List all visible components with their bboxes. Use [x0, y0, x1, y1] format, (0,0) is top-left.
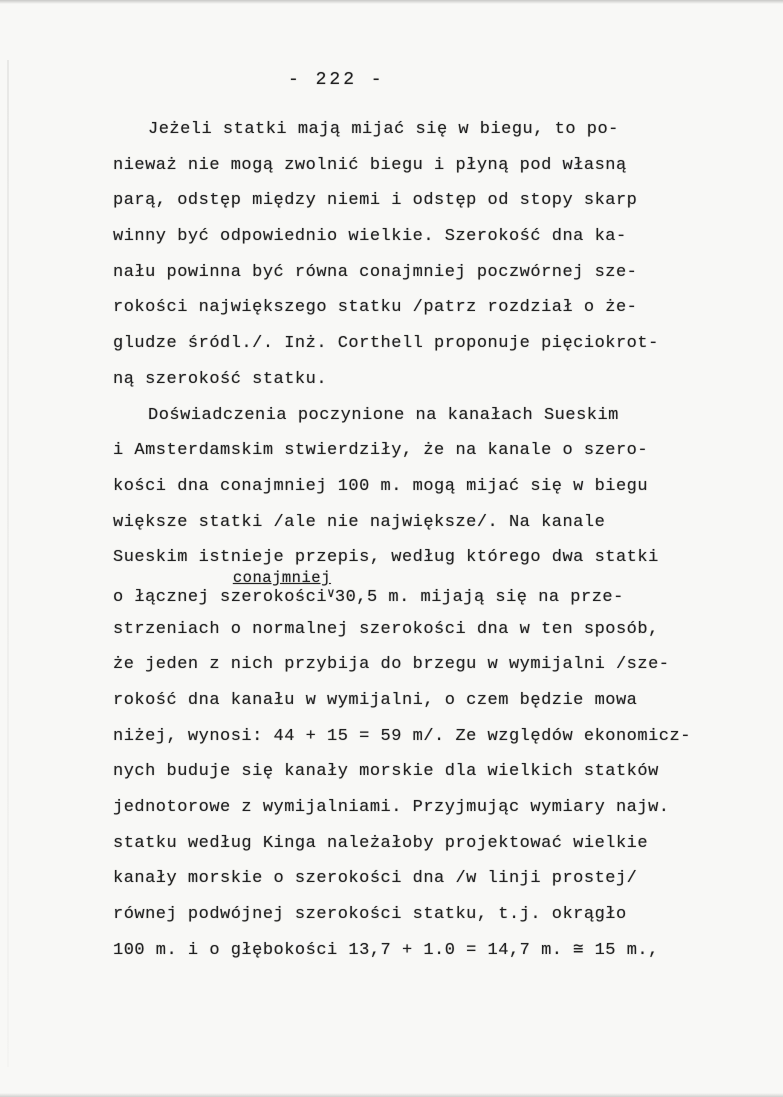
paragraph-2: Doświadczenia poczynione na kanałach Sue…	[113, 398, 713, 969]
text-line: większe statki /ale nie największe/. Na …	[113, 505, 713, 541]
page-text: Jeżeli statki mają mijać się w biegu, to…	[113, 112, 713, 969]
insertion-after-text: 30,5 m. mijają się na prze-	[335, 588, 624, 607]
inserted-word: conajmniej	[233, 561, 331, 597]
page-number: - 222 -	[288, 70, 385, 90]
text-line: i Amsterdamskim stwierdziły, że na kanal…	[113, 433, 713, 469]
text-line-with-insertion: o łącznej szerokościconajmniej∨30,5 m. m…	[113, 576, 713, 612]
text-line: nieważ nie mogą zwolnić biegu i płyną po…	[113, 148, 713, 184]
text-line: gludze śródl./. Inż. Corthell proponuje …	[113, 326, 713, 362]
text-line: Doświadczenia poczynione na kanałach Sue…	[113, 398, 713, 434]
text-line: kanały morskie o szerokości dna /w linji…	[113, 861, 713, 897]
scan-edge-bottom	[0, 1093, 783, 1097]
text-line: 100 m. i o głębokości 13,7 + 1.0 = 14,7 …	[113, 933, 713, 969]
text-line: parą, odstęp między niemi i odstęp od st…	[113, 183, 713, 219]
insertion-point: conajmniej∨	[327, 576, 335, 616]
text-line: winny być odpowiednio wielkie. Szerokość…	[113, 219, 713, 255]
text-line: kości dna conajmniej 100 m. mogą mijać s…	[113, 469, 713, 505]
text-line: strzeniach o normalnej szerokości dna w …	[113, 612, 713, 648]
text-line: rokość dna kanału w wymijalni, o czem bę…	[113, 683, 713, 719]
text-line: Jeżeli statki mają mijać się w biegu, to…	[113, 112, 713, 148]
text-line: rokości największego statku /patrz rozdz…	[113, 290, 713, 326]
text-line: nych buduje się kanały morskie dla wielk…	[113, 754, 713, 790]
scan-edge-top	[0, 0, 783, 4]
text-line: Sueskim istnieje przepis, według którego…	[113, 540, 713, 576]
text-line: nału powinna być równa conajmniej poczwó…	[113, 255, 713, 291]
scan-edge-left	[7, 60, 9, 1067]
text-line: równej podwójnej szerokości statku, t.j.…	[113, 897, 713, 933]
text-line: jednotorowe z wymijalniami. Przyjmując w…	[113, 790, 713, 826]
text-line: statku według Kinga należałoby projektow…	[113, 826, 713, 862]
text-line: ną szerokość statku.	[113, 362, 713, 398]
document-page: - 222 - Jeżeli statki mają mijać się w b…	[0, 0, 783, 1097]
paragraph-1: Jeżeli statki mają mijać się w biegu, to…	[113, 112, 713, 398]
text-line: niżej, wynosi: 44 + 15 = 59 m/. Ze wzglę…	[113, 719, 713, 755]
text-line: że jeden z nich przybija do brzegu w wym…	[113, 647, 713, 683]
